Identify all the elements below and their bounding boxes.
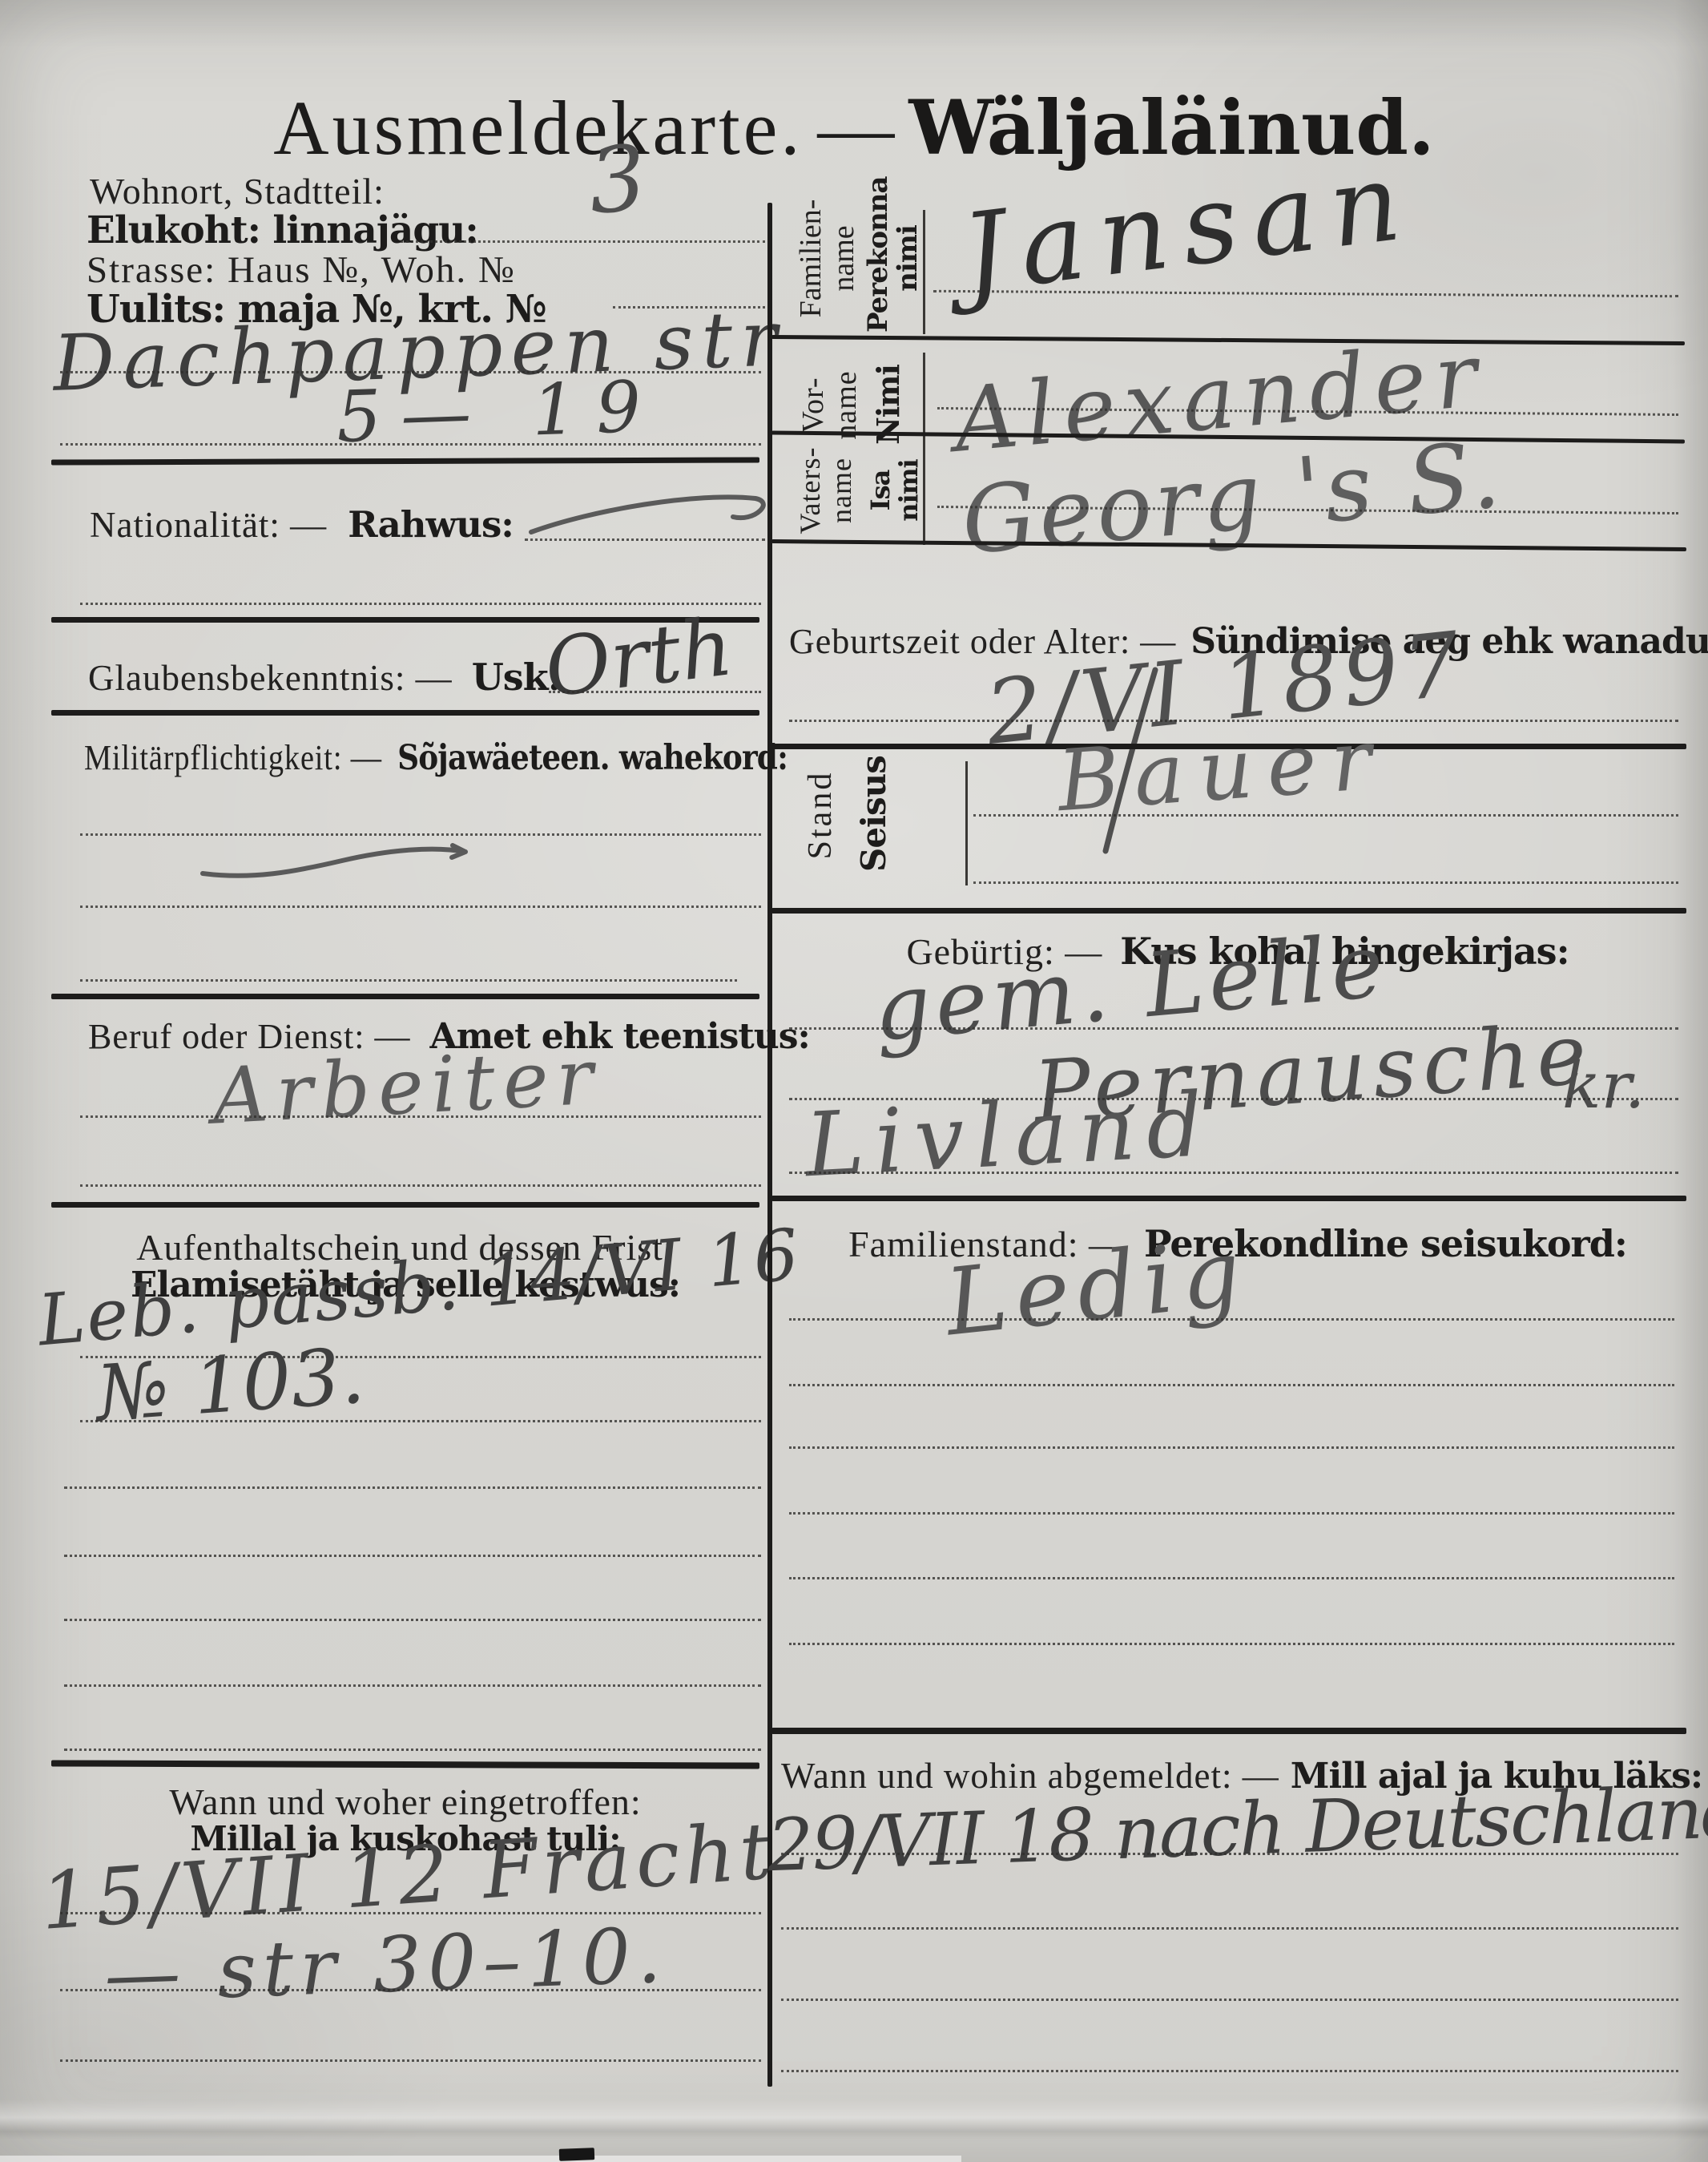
dotted-line [781, 1999, 1678, 2001]
dotted-line [80, 1115, 761, 1118]
dotted-line [789, 1577, 1674, 1579]
vatersname-label-de: Vaters-name [795, 434, 857, 547]
paper-crease [0, 0, 1708, 48]
section-divider [771, 908, 1686, 914]
section-divider [51, 457, 759, 465]
dotted-line [64, 1749, 761, 1751]
dotted-line [401, 240, 765, 243]
familienname-label-et: Perekonna nimi [864, 184, 922, 333]
title-separator: — [803, 85, 908, 171]
dotted-line [781, 2070, 1678, 2072]
familienname-label-de: Familien-name [795, 184, 860, 333]
stand-label-de: Stand [803, 763, 839, 867]
section-divider [51, 1202, 759, 1208]
pencil-stroke [196, 838, 477, 882]
dotted-line [80, 1420, 761, 1422]
section-divider [51, 710, 759, 716]
militaer-label-de: Militärpflichtigkeit: — [84, 737, 382, 778]
dotted-line [60, 443, 761, 446]
dotted-line [60, 1989, 761, 1991]
label-rule [965, 761, 968, 885]
gebuertig-handwritten-line3: Livland [803, 1073, 1216, 1197]
label-rule [923, 353, 925, 457]
glauben-label-de: Glaubensbekenntnis: — [88, 657, 453, 699]
wohnort-label-et: Elukoht: linnajägu: [87, 208, 478, 252]
dotted-line [973, 814, 1678, 817]
strasse-label-de: Strasse: Haus №, Woh. № [87, 248, 516, 292]
pencil-stroke [525, 479, 773, 547]
dotted-line [973, 881, 1678, 884]
dotted-line [60, 2059, 761, 2062]
nationalitaet-label-et: Rahwus: [348, 503, 514, 546]
ausmeldekarte-document: Ausmeldekarte.—Wäljaläinud. Wohnort, Sta… [0, 0, 1708, 2162]
section-divider [51, 1760, 759, 1769]
section-divider [771, 1196, 1686, 1201]
paper-crease [0, 2156, 961, 2162]
dotted-line [789, 1446, 1674, 1449]
dotted-line [789, 1643, 1674, 1645]
vatersname-label-et: Isa nimi [867, 442, 922, 538]
dotted-line [80, 833, 761, 836]
nationalitaet-label-de: Nationalität: — [90, 504, 327, 546]
label-rule [923, 210, 925, 334]
beruf-handwritten-value: Arbeiter [210, 1031, 603, 1141]
dotted-line [781, 1927, 1678, 1930]
section-divider [51, 994, 759, 999]
section-divider [771, 1728, 1686, 1734]
glauben-label: Glaubensbekenntnis: — Usk: [88, 655, 561, 699]
dotted-line [64, 1555, 761, 1557]
militaer-label-et: Sõjawäeteen. wahekord: [397, 738, 788, 778]
paper-crease [0, 2099, 1708, 2140]
dotted-line [80, 906, 761, 908]
dotted-line [64, 1486, 761, 1489]
label-rule [923, 449, 925, 545]
wohnort-label-de: Wohnort, Stadtteil: [90, 170, 385, 212]
dotted-line [80, 1184, 761, 1187]
title-german: Ausmeldekarte. [273, 85, 803, 171]
dotted-line [789, 1384, 1674, 1386]
eingetroffen-handwritten-line2: — str 30–10. [103, 1912, 669, 2019]
dotted-line [80, 603, 761, 605]
dotted-line [789, 1172, 1678, 1174]
dotted-line [80, 979, 737, 982]
gebuertig-handwritten-line2b: kr. [1562, 1048, 1645, 1123]
dotted-line [64, 1619, 761, 1621]
row-divider [771, 335, 1685, 345]
dotted-line [64, 1684, 761, 1687]
document-title: Ausmeldekarte.—Wäljaläinud. [53, 83, 1655, 172]
dotted-line [789, 1318, 1674, 1321]
scan-ink-mark [559, 2148, 594, 2161]
militaer-label: Militärpflichtigkeit: — Sõjawäeteen. wah… [84, 737, 788, 778]
dotted-line [549, 691, 761, 693]
dotted-line [789, 1512, 1674, 1515]
aufenthalt-handwritten-line2: № 103. [94, 1330, 368, 1438]
nationalitaet-label: Nationalität: — Rahwus: [90, 503, 514, 546]
dotted-line [781, 1853, 1678, 1855]
wohnort-handwritten-value: 3 [584, 126, 650, 235]
stand-label-et: Seisus [856, 758, 892, 872]
